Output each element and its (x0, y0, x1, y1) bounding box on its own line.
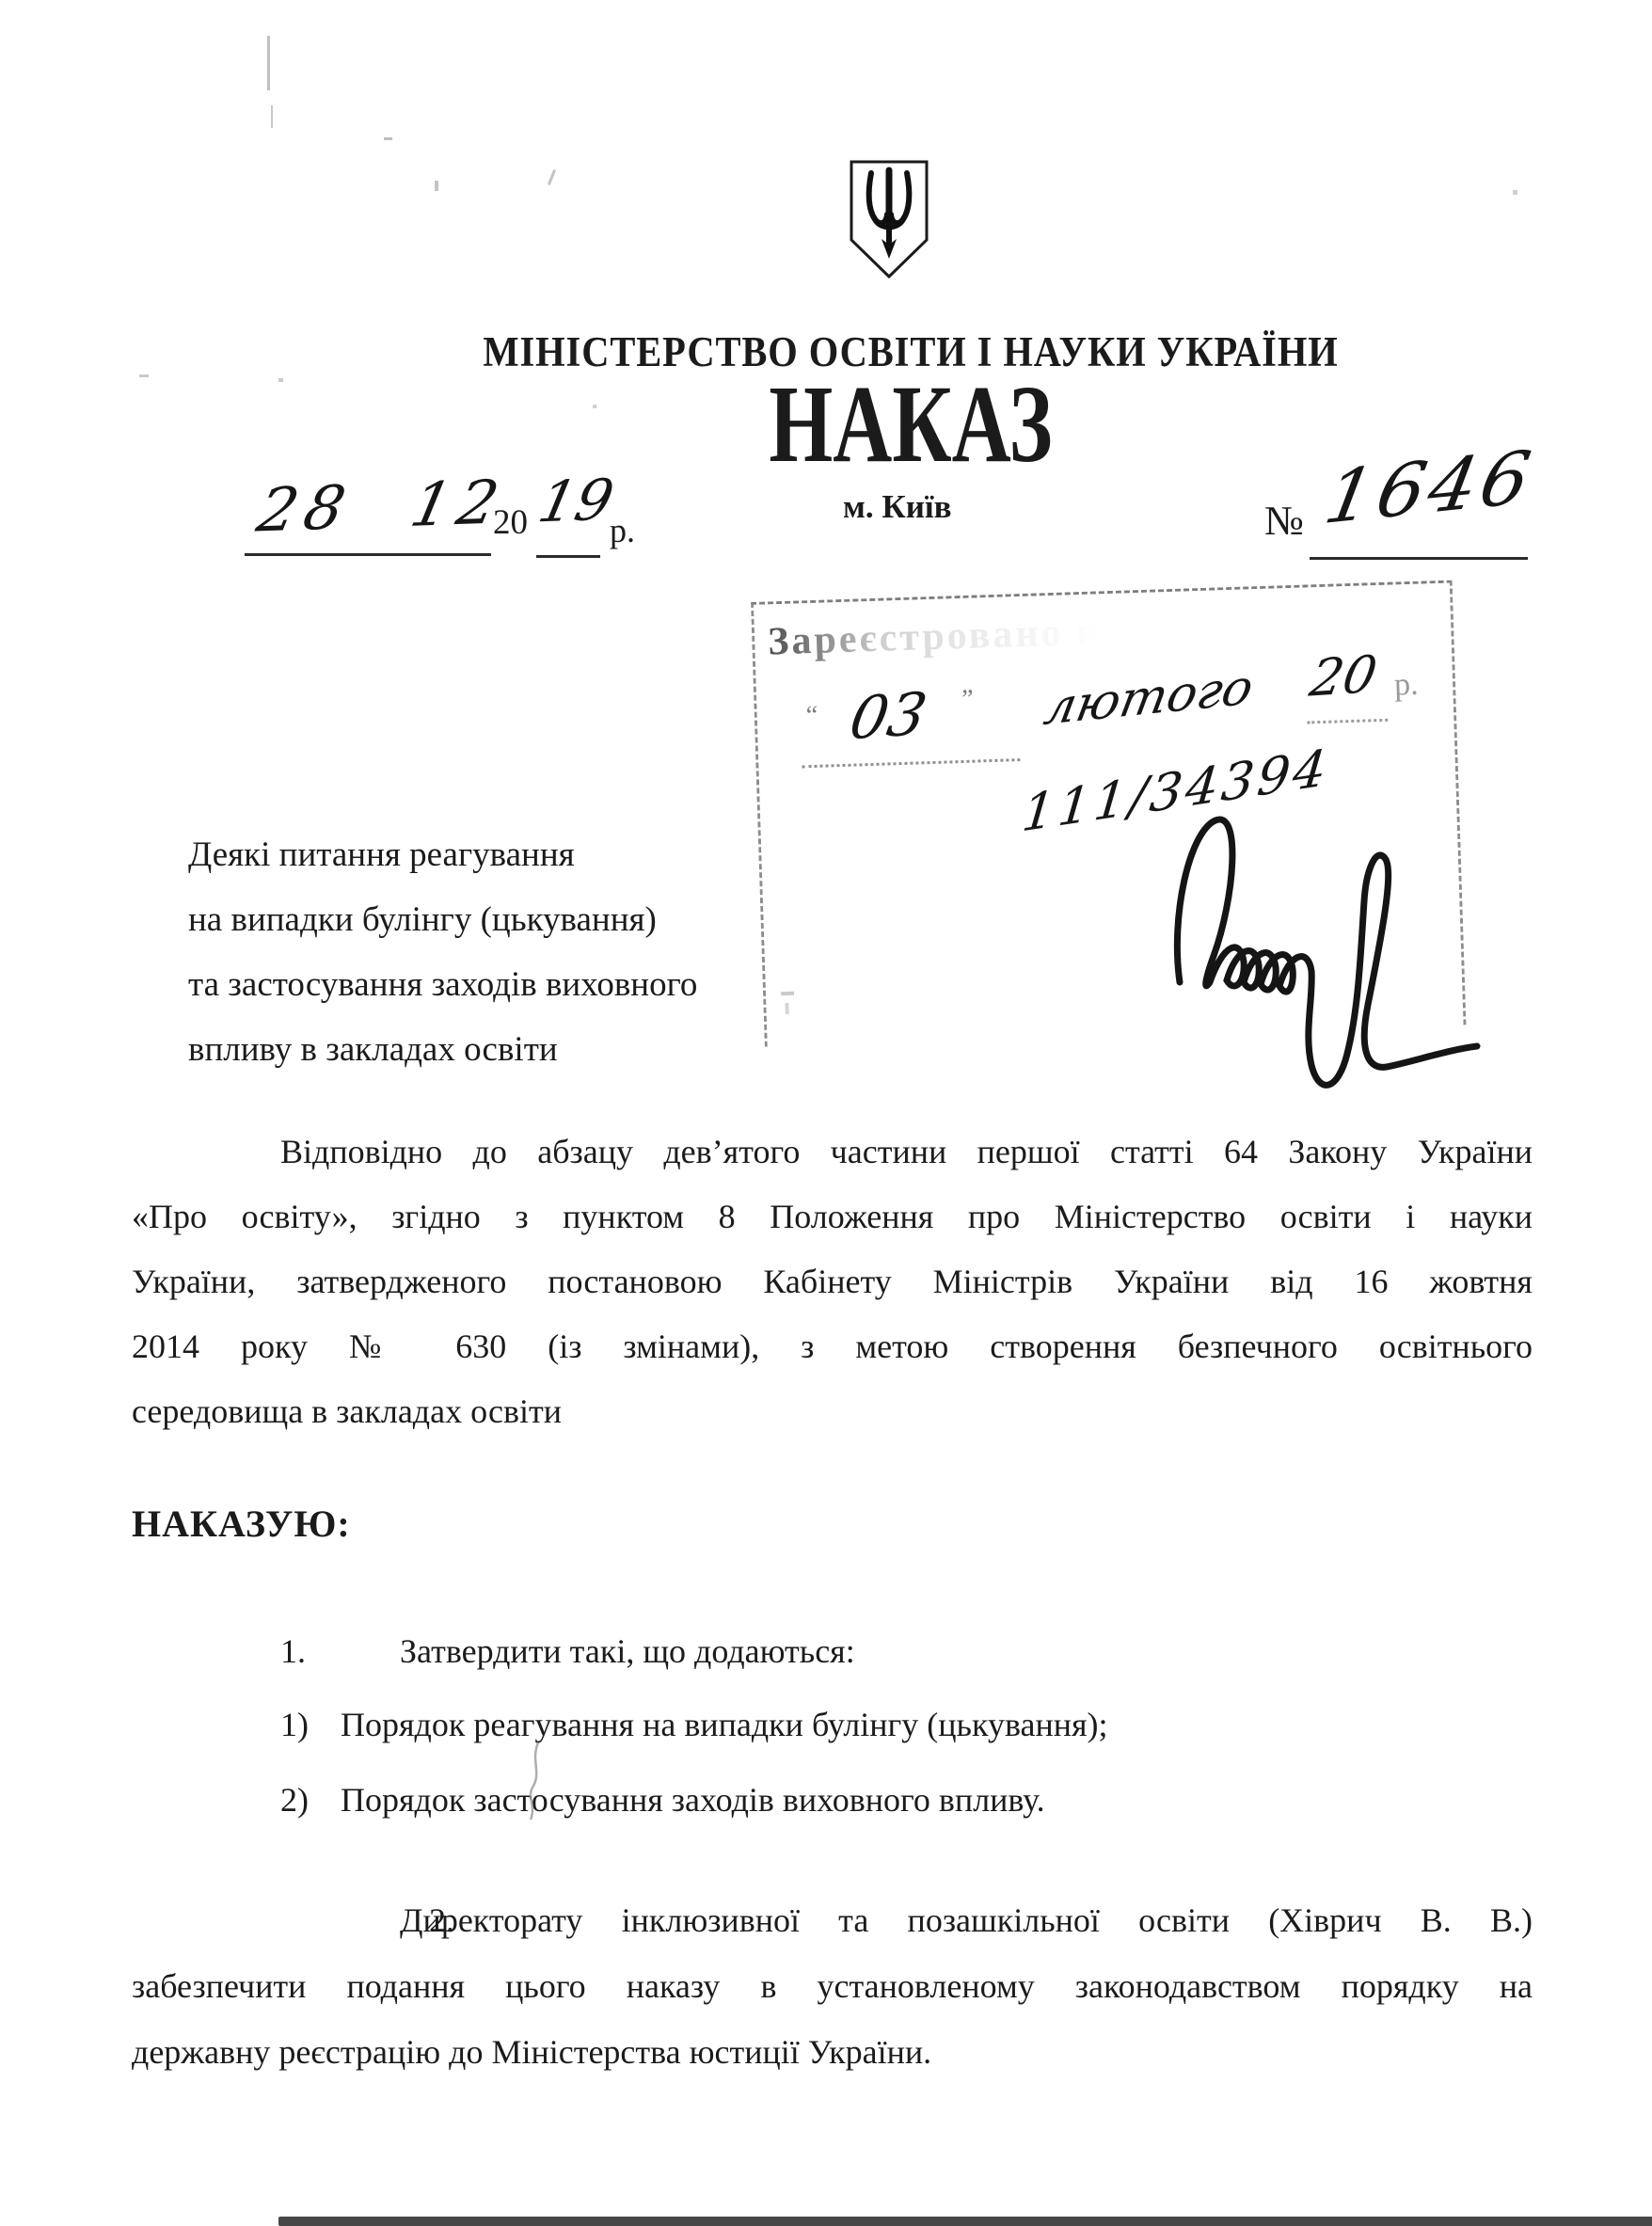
scan-noise (271, 105, 273, 128)
order-heading: НАКАЗУЮ: (132, 1502, 351, 1546)
scan-noise (593, 405, 596, 408)
subject-line: на випадки булінгу (цькування) (188, 887, 847, 952)
stamp-quote-open: “ (805, 701, 818, 731)
signature (1165, 758, 1489, 1099)
stamp-day-underline (802, 758, 1020, 768)
date-underline (245, 553, 491, 556)
subject-line: та застосування заходів виховного (188, 952, 847, 1017)
item2-text: Директорату інклюзивної та позашкільної … (400, 1901, 1533, 1939)
preamble-line: України, затвердженого постановою Кабіне… (132, 1249, 1533, 1314)
city-label: м. Київ (843, 488, 952, 526)
scanner-edge-band (278, 2217, 1652, 2226)
subitem-number: 1) (280, 1705, 341, 1744)
scanned-order-page: МІНІСТЕРСТВО ОСВІТИ І НАУКИ УКРАЇНИ НАКА… (0, 0, 1652, 2226)
item2-line: 2.Директорату інклюзивної та позашкільно… (132, 1887, 1533, 1953)
year-suffix: р. (610, 511, 635, 550)
scan-noise (278, 378, 283, 382)
item-text: Затвердити такі, що додаються: (400, 1632, 855, 1670)
item2-line: забезпечити подання цього наказу в устан… (132, 1953, 1533, 2019)
stamp-registered-label: Зареєстровано в (768, 609, 1102, 664)
item-number: 1. (280, 1631, 400, 1671)
subject-line: впливу в закладах освіти (188, 1017, 847, 1082)
item2-line: державну реєстрацію до Міністерства юсти… (132, 2019, 1533, 2085)
year-prefix: 20 (493, 502, 528, 543)
scan-noise (139, 374, 149, 377)
order-subitem-1: 1)Порядок реагування на випадки булінгу … (280, 1705, 1108, 1744)
order-item-1: 1.Затвердити такі, що додаються: (280, 1631, 855, 1671)
subitem-text: Порядок реагування на випадки булінгу (ц… (341, 1706, 1108, 1743)
preamble-paragraph: Відповідно до абзацу дев’ятого частини п… (132, 1120, 1533, 1444)
order-item-2: 2.Директорату інклюзивної та позашкільно… (132, 1887, 1533, 2085)
number-sign-label: № (1264, 497, 1304, 545)
subject-block: Деякі питання реагування на випадки булі… (188, 822, 847, 1082)
stamp-quote-close: ” (961, 685, 974, 715)
handwritten-date-day-month: 28 12 (251, 468, 512, 546)
handwritten-year: 19 (532, 468, 619, 536)
preamble-line: «Про освіту», згідно з пунктом 8 Положен… (132, 1185, 1533, 1249)
stamp-handwritten-month: лютого (1040, 660, 1257, 737)
subitem-text: Порядок застосування заходів виховного в… (341, 1781, 1045, 1819)
scan-noise (384, 137, 392, 140)
number-underline (1310, 557, 1528, 560)
preamble-line: Відповідно до абзацу дев’ятого частини п… (132, 1120, 1533, 1185)
scan-noise (435, 181, 438, 191)
scan-noise (267, 36, 270, 90)
stamp-handwritten-day: 03 (845, 679, 932, 754)
pencil-squiggle-mark (523, 1739, 551, 1825)
order-subitem-2: 2)Порядок застосування заходів виховного… (280, 1780, 1045, 1820)
stamp-year-underline (1307, 719, 1388, 724)
year-underline (536, 555, 600, 558)
subject-line: Деякі питання реагування (188, 822, 847, 887)
preamble-line: 2014 року № 630 (із змінами), з метою ст… (132, 1314, 1533, 1379)
preamble-line: середовища в закладах освіти (132, 1379, 1533, 1444)
scan-noise (548, 169, 556, 185)
scan-noise (1513, 190, 1517, 195)
stamp-handwritten-year: 20 (1306, 644, 1382, 708)
trident-emblem-icon (846, 157, 932, 281)
item-number: 2. (280, 1887, 400, 1953)
subitem-number: 2) (280, 1780, 341, 1820)
stamp-year-suffix: р. (1394, 667, 1420, 704)
